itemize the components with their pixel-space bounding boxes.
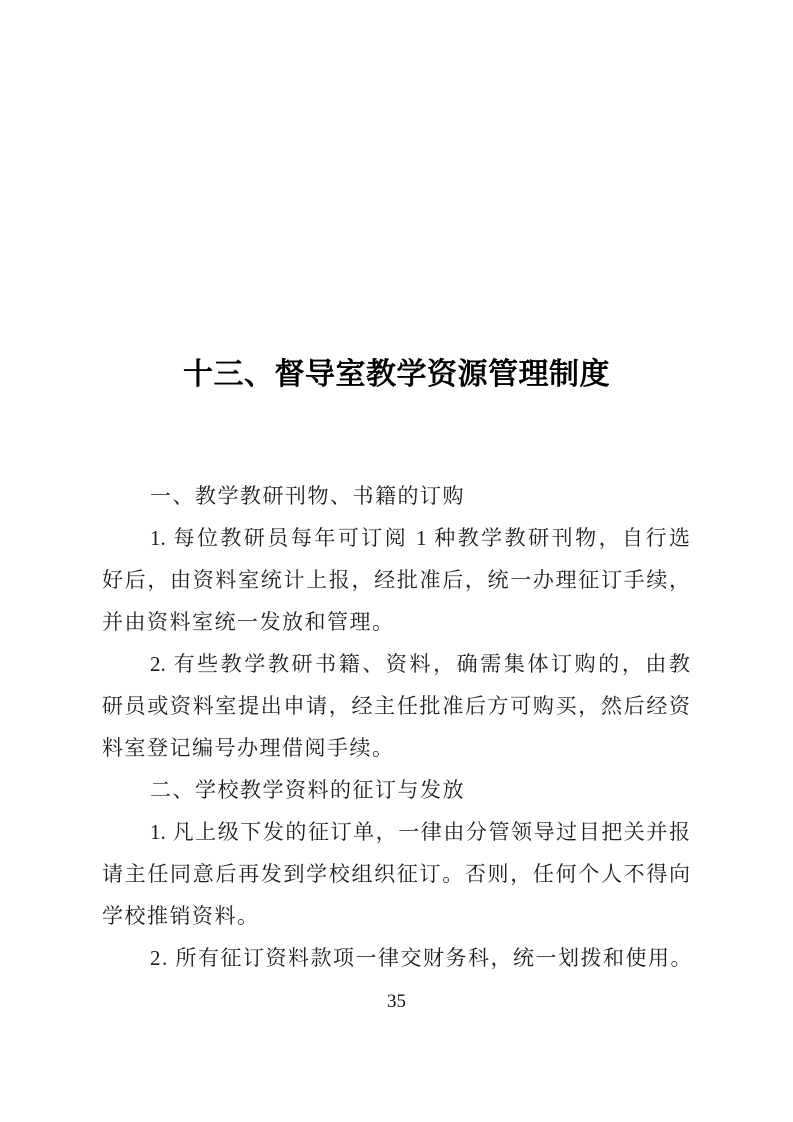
text-line: 2. 所有征订资料款项一律交财务科，统一划拨和使用。 (102, 937, 690, 979)
text-line: 好后，由资料室统计上报，经批准后，统一办理征订手续， (102, 559, 690, 601)
page-number: 35 (0, 988, 793, 1016)
section-2-heading: 二、学校教学资料的征订与发放 (102, 769, 690, 811)
text-line: 并由资料室统一发放和管理。 (102, 601, 690, 643)
text-line: 2. 有些教学教研书籍、资料，确需集体订购的，由教 (102, 643, 690, 685)
document-body: 一、教学教研刊物、书籍的订购 1. 每位教研员每年可订阅 1 种教学教研刊物，自… (102, 475, 690, 979)
section-1-heading: 一、教学教研刊物、书籍的订购 (102, 475, 690, 517)
document-title: 十三、督导室教学资源管理制度 (0, 351, 793, 399)
text-line: 请主任同意后再发到学校组织征订。否则，任何个人不得向 (102, 853, 690, 895)
text-line: 研员或资料室提出申请，经主任批准后方可购买，然后经资 (102, 685, 690, 727)
document-page: 十三、督导室教学资源管理制度 一、教学教研刊物、书籍的订购 1. 每位教研员每年… (0, 0, 793, 1122)
text-line: 1. 每位教研员每年可订阅 1 种教学教研刊物，自行选 (102, 517, 690, 559)
text-line: 学校推销资料。 (102, 895, 690, 937)
text-line: 1. 凡上级下发的征订单，一律由分管领导过目把关并报 (102, 811, 690, 853)
text-line: 料室登记编号办理借阅手续。 (102, 727, 690, 769)
